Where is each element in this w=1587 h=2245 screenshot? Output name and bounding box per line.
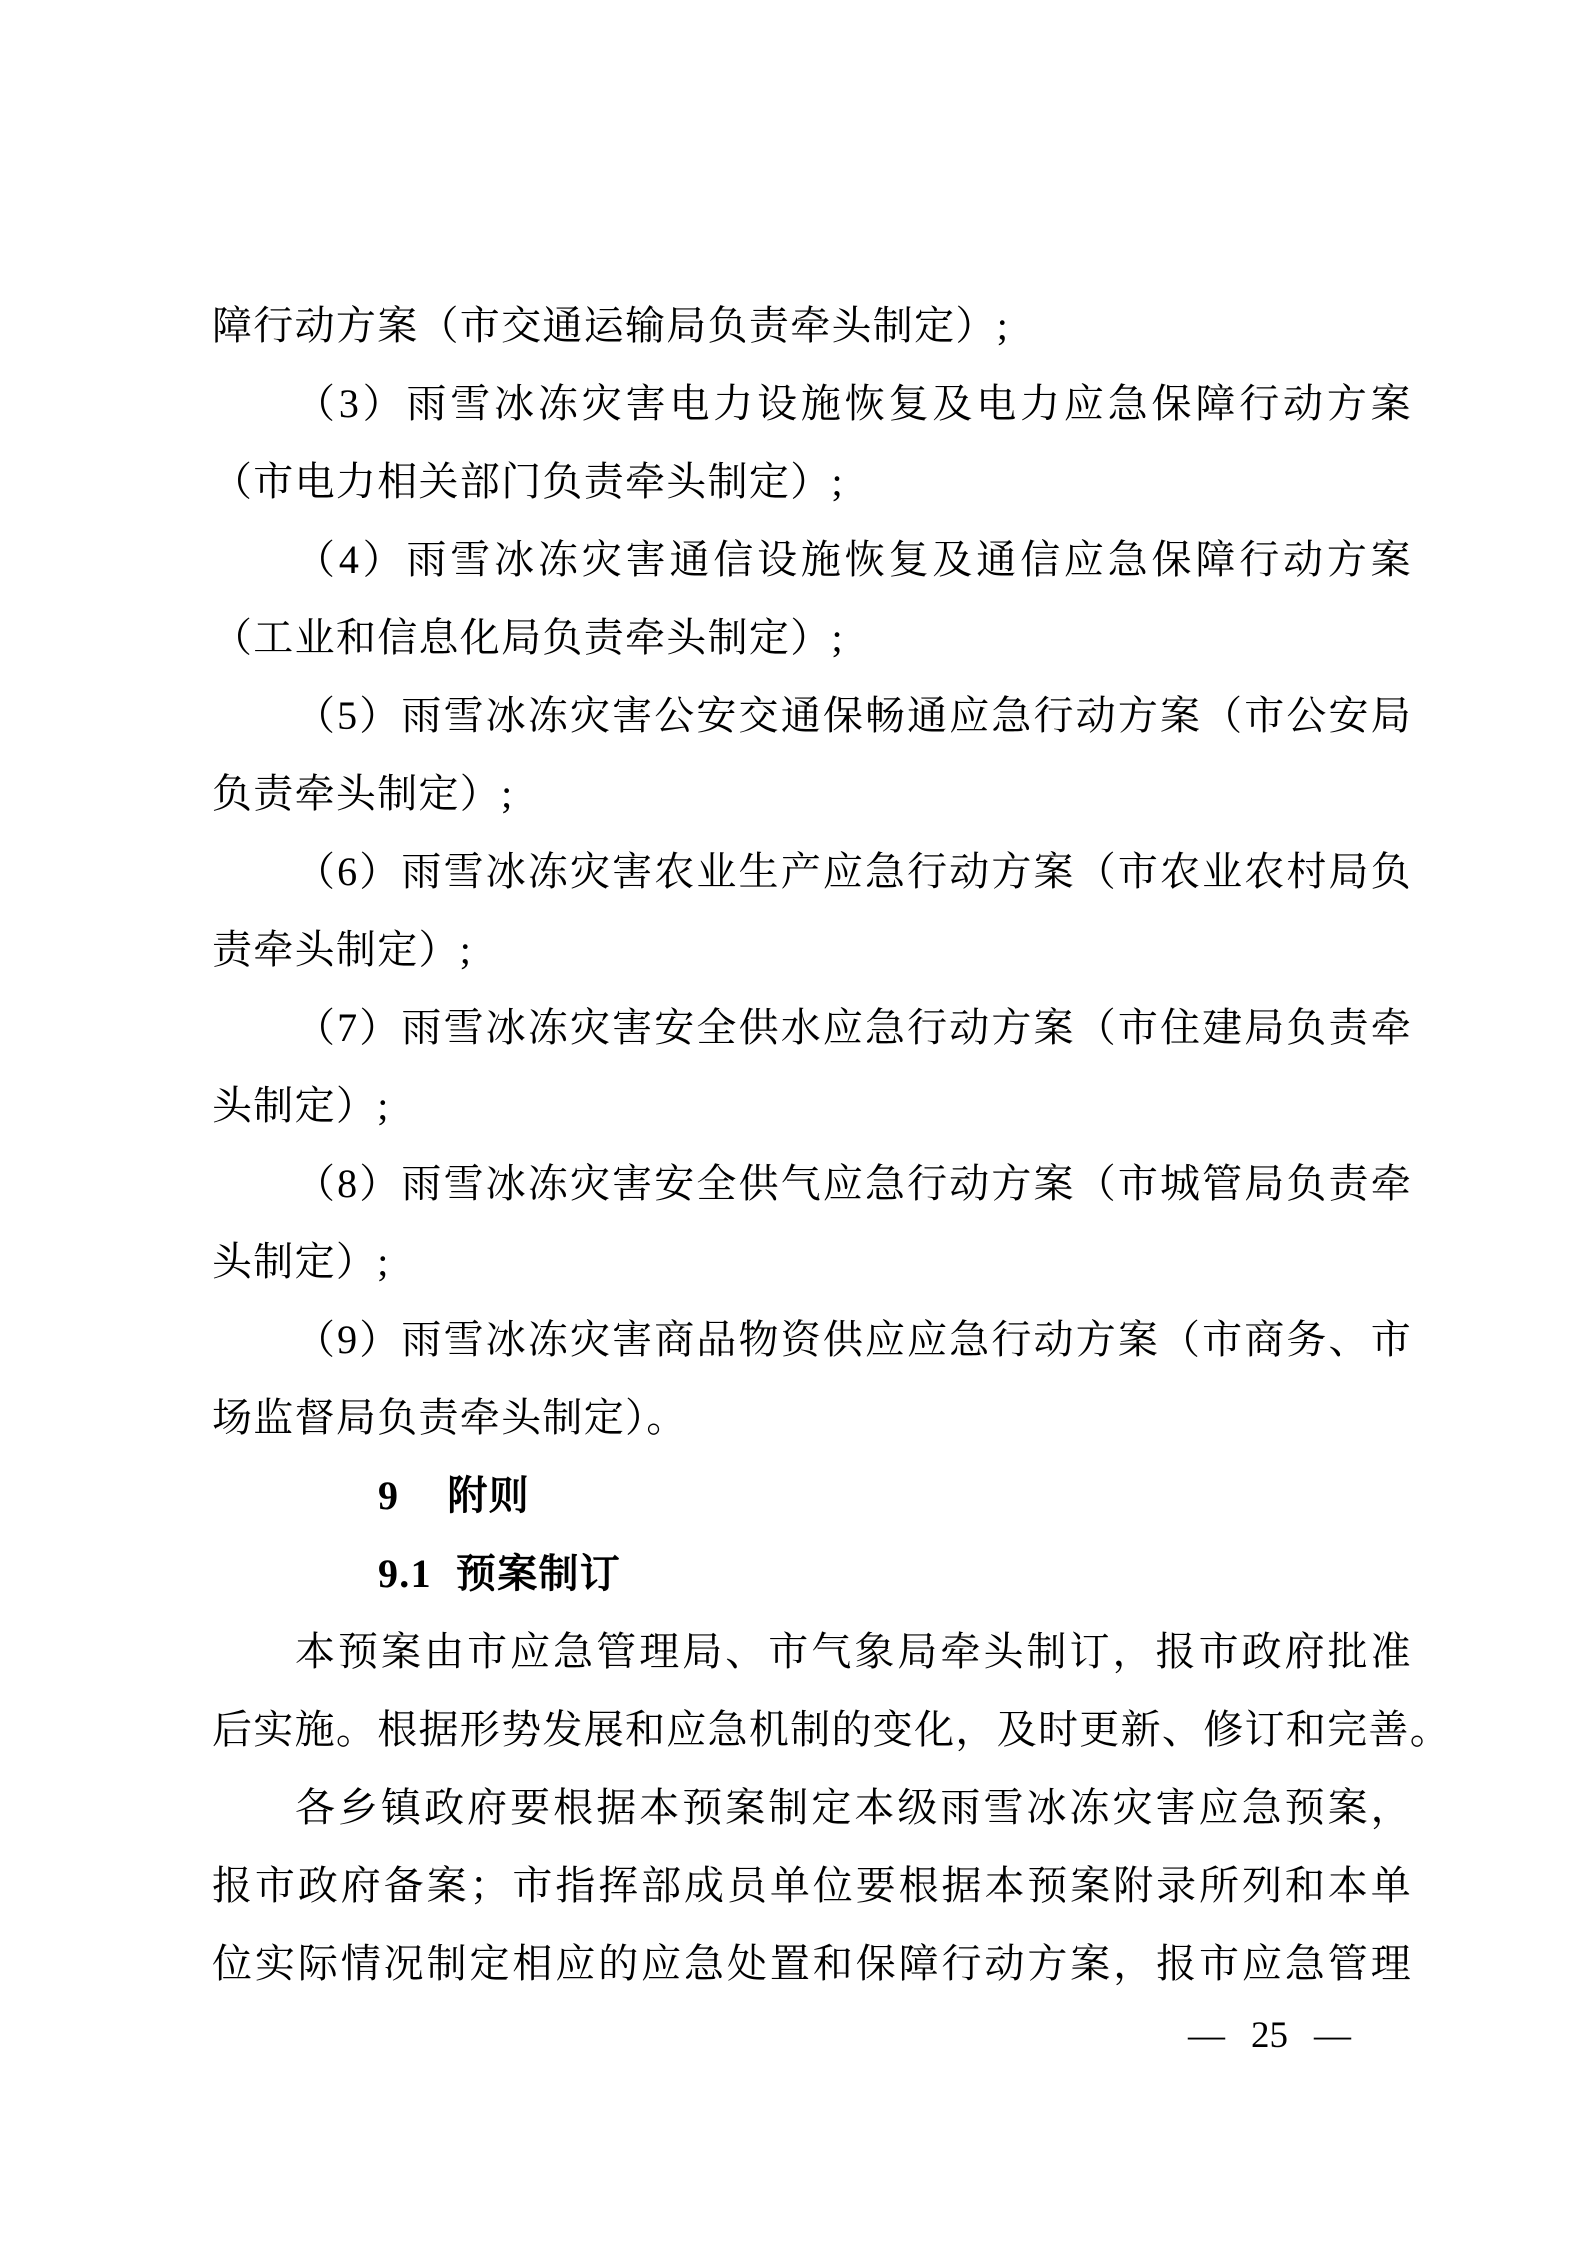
text-line: 各乡镇政府要根据本预案制定本级雨雪冰冻灾害应急预案， (212, 1769, 1412, 1847)
text-line: 场监督局负责牵头制定）。 (212, 1379, 1412, 1457)
text-line: 责牵头制定）; (212, 911, 1412, 989)
text-line: （8）雨雪冰冻灾害安全供气应急行动方案（市城管局负责牵 (212, 1145, 1412, 1223)
text-line: （5）雨雪冰冻灾害公安交通保畅通应急行动方案（市公安局 (212, 677, 1412, 755)
text-line: （工业和信息化局负责牵头制定）; (212, 599, 1412, 677)
heading-number: 9.1 (295, 1535, 432, 1613)
text-line: （3）雨雪冰冻灾害电力设施恢复及电力应急保障行动方案 (212, 365, 1412, 443)
document-body: 障行动方案（市交通运输局负责牵头制定）;（3）雨雪冰冻灾害电力设施恢复及电力应急… (212, 287, 1412, 2003)
text-line: （9）雨雪冰冻灾害商品物资供应应急行动方案（市商务、市 (212, 1301, 1412, 1379)
text-line: 障行动方案（市交通运输局负责牵头制定）; (212, 287, 1412, 365)
page-footer: —25— (1188, 2016, 1351, 2056)
document-page: 障行动方案（市交通运输局负责牵头制定）;（3）雨雪冰冻灾害电力设施恢复及电力应急… (0, 0, 1587, 2245)
text-line: （4）雨雪冰冻灾害通信设施恢复及通信应急保障行动方案 (212, 521, 1412, 599)
section-heading: 9附则 (212, 1457, 1412, 1535)
heading-number: 9 (295, 1457, 399, 1535)
text-line: 头制定）; (212, 1223, 1412, 1301)
page-number: 25 (1251, 2015, 1288, 2056)
text-line: 位实际情况制定相应的应急处置和保障行动方案，报市应急管理 (212, 1925, 1412, 2003)
heading-label: 预案制订 (456, 1551, 621, 1596)
text-line: 后实施。根据形势发展和应急机制的变化，及时更新、修订和完善。 (212, 1691, 1412, 1769)
text-line: 头制定）; (212, 1067, 1412, 1145)
text-line: （市电力相关部门负责牵头制定）; (212, 443, 1412, 521)
text-line: 报市政府备案；市指挥部成员单位要根据本预案附录所列和本单 (212, 1847, 1412, 1925)
text-line: 负责牵头制定）; (212, 755, 1412, 833)
text-line: （7）雨雪冰冻灾害安全供水应急行动方案（市住建局负责牵 (212, 989, 1412, 1067)
section-heading: 9.1预案制订 (212, 1535, 1412, 1613)
text-line: （6）雨雪冰冻灾害农业生产应急行动方案（市农业农村局负 (212, 833, 1412, 911)
heading-label: 附则 (447, 1473, 530, 1518)
footer-dash-right: — (1314, 2015, 1351, 2056)
footer-dash-left: — (1188, 2015, 1225, 2056)
text-line: 本预案由市应急管理局、市气象局牵头制订，报市政府批准 (212, 1613, 1412, 1691)
